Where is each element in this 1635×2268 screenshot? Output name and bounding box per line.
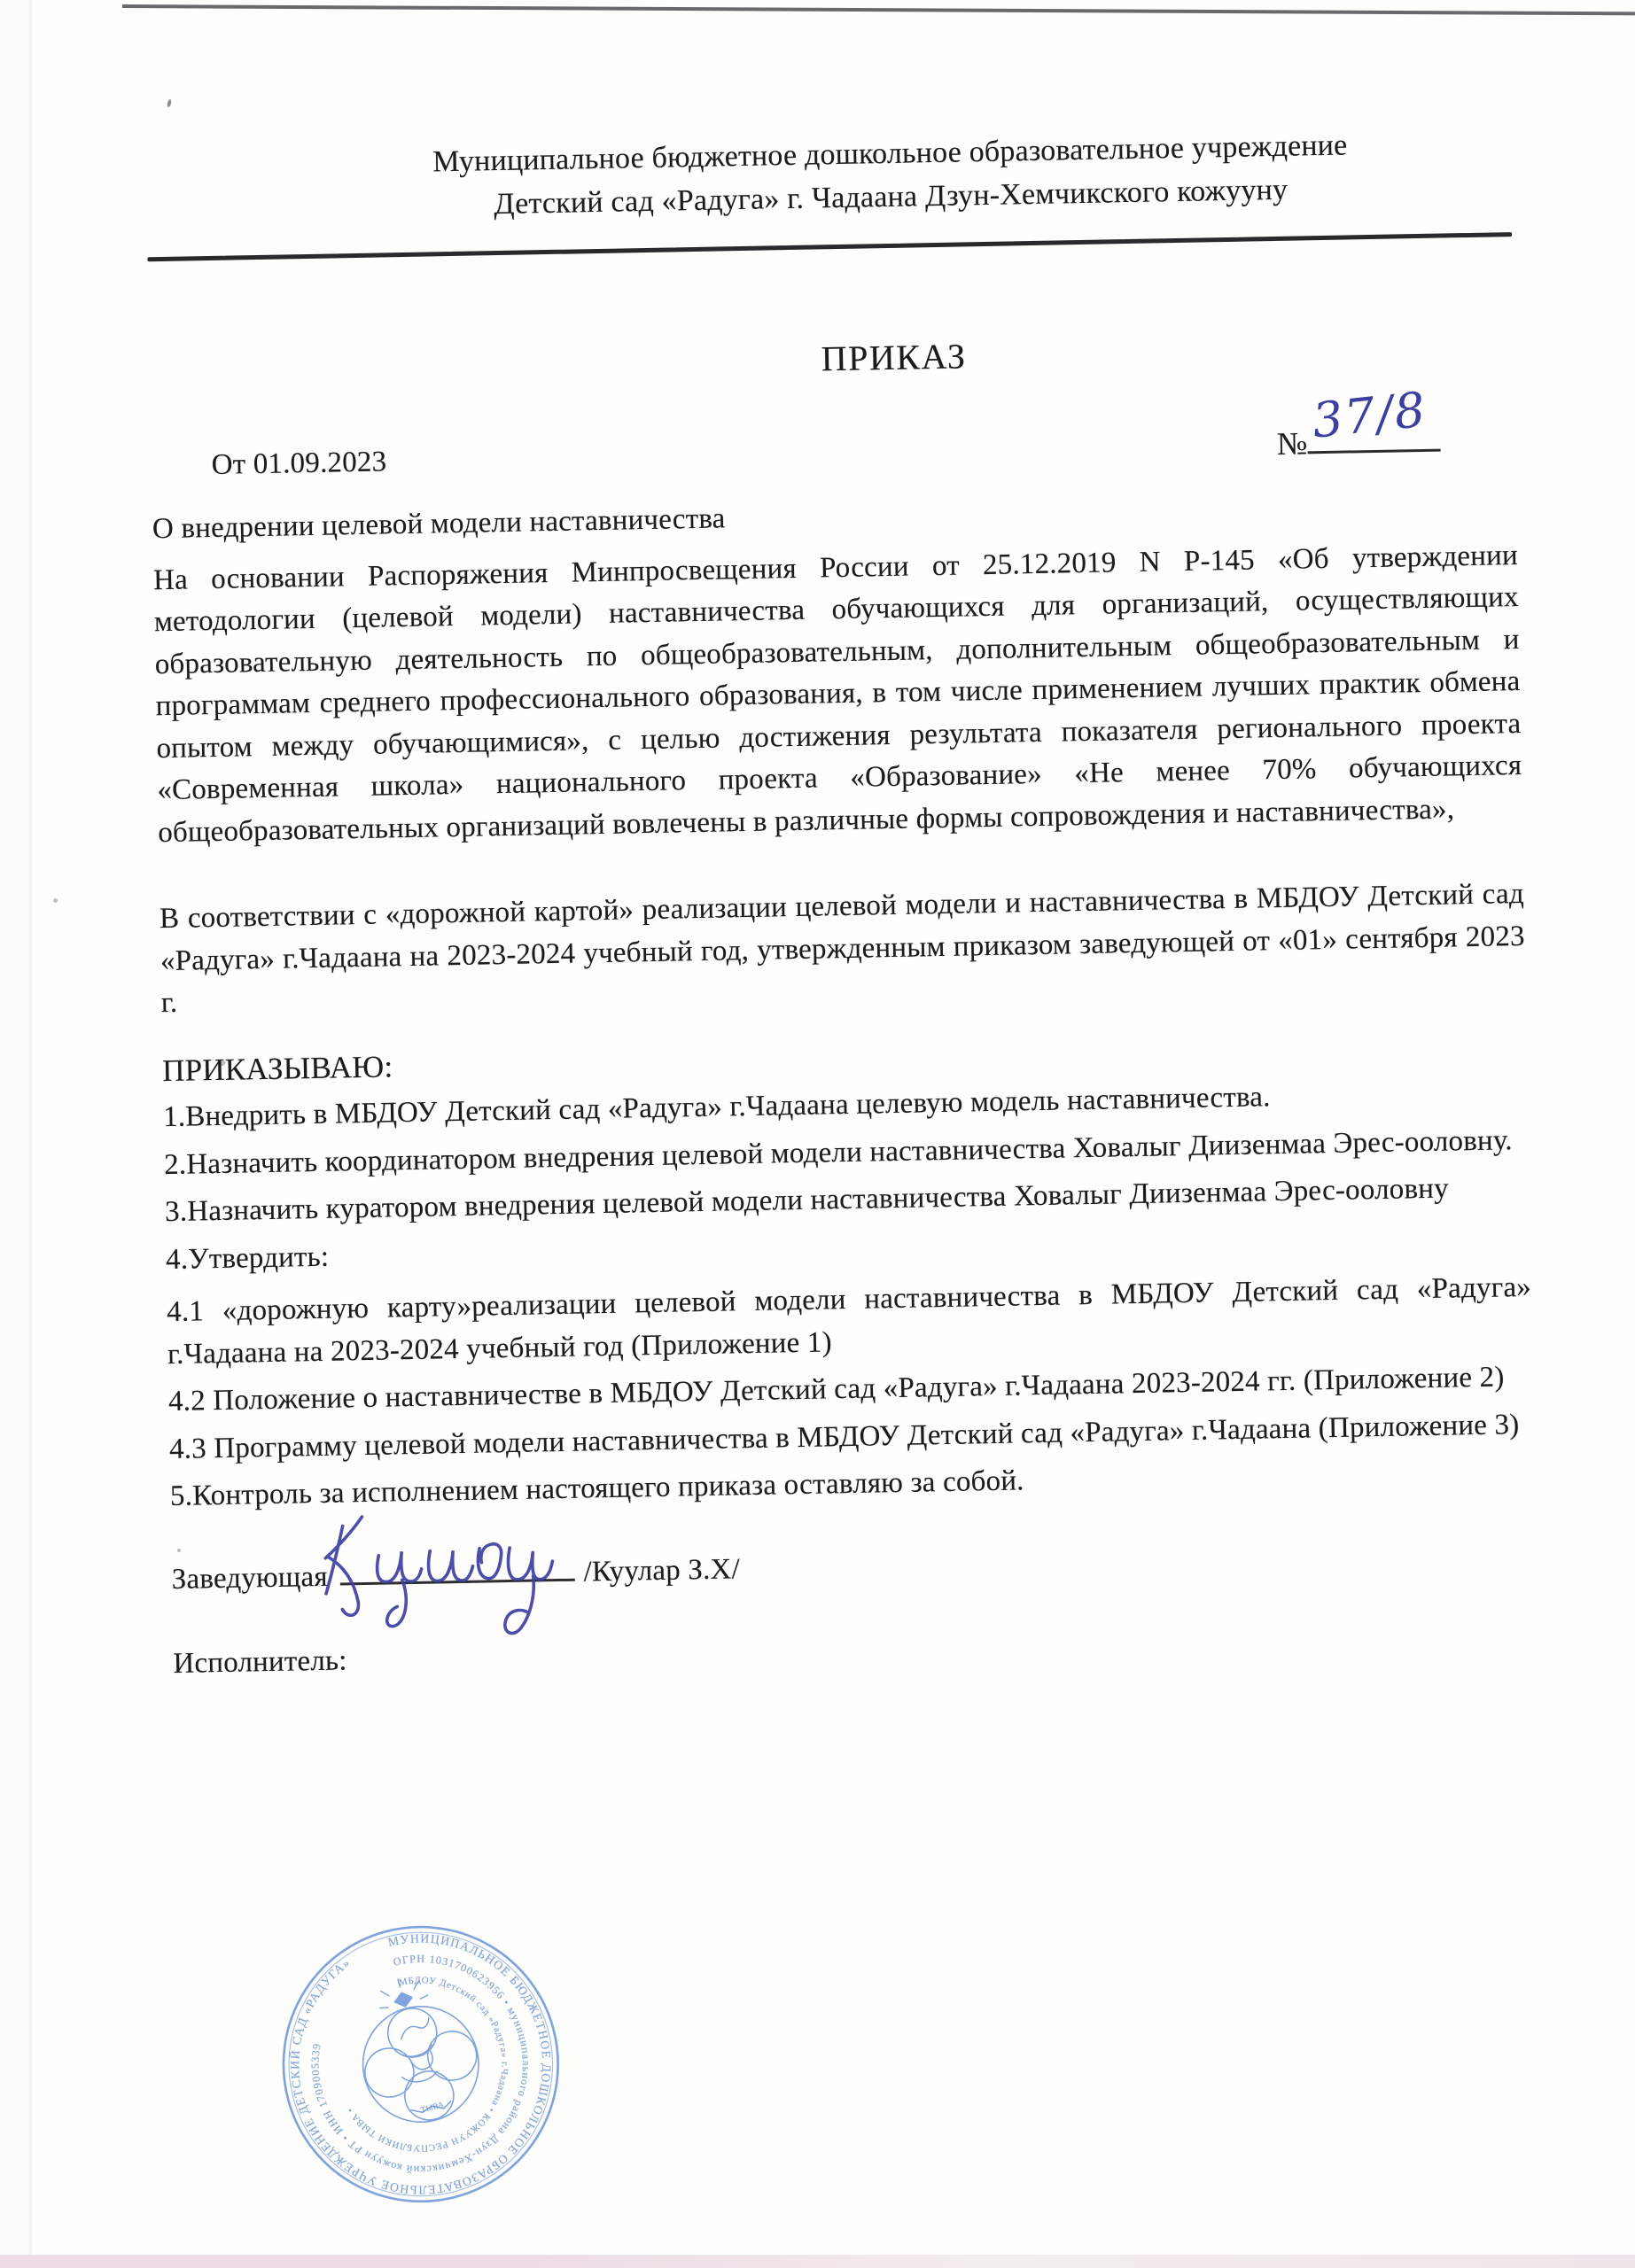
stamp-center-text: ТЫВА xyxy=(420,2100,445,2115)
scan-speck xyxy=(53,898,58,903)
header-divider-rule xyxy=(147,232,1512,261)
signature-blank-line xyxy=(339,1546,575,1585)
meta-row: От 01.09.2023 № 37/8 xyxy=(151,412,1516,488)
order-number-group: № 37/8 xyxy=(1276,413,1441,465)
preamble-paragraph-2: В соответствии с «дорожной картой» реали… xyxy=(160,874,1526,1025)
stamp-ring-middle-text: ОГРН 1031700623956 • муниципального райо… xyxy=(284,1927,557,2201)
handwritten-order-number: 37/8 xyxy=(1310,385,1429,445)
number-blank-line: 37/8 xyxy=(1307,413,1441,454)
svg-text:ОГРН 1031700623956 • муниципал: ОГРН 1031700623956 • муниципального райо… xyxy=(284,1927,557,2201)
official-round-stamp: МУНИЦИПАЛЬНОЕ БЮДЖЕТНОЕ ДОШКОЛЬНОЕ ОБРАЗ… xyxy=(274,1917,568,2211)
order-date: От 01.09.2023 xyxy=(211,441,386,486)
scan-paper-bottom-shadow xyxy=(0,2255,1635,2268)
scan-speck xyxy=(167,99,172,108)
scanned-order-document: Муниципальное бюджетное дошкольное образ… xyxy=(145,120,1538,1685)
number-sign: № xyxy=(1276,423,1307,465)
preamble-paragraph-1: На основании Распоряжения Минпросвещения… xyxy=(153,535,1523,855)
executor-label: Исполнитель: xyxy=(173,1619,1538,1686)
scan-paper-top-edge xyxy=(122,4,1635,15)
scan-paper-left-edge xyxy=(0,0,32,2268)
signer-role: Заведующая xyxy=(171,1556,328,1601)
organization-header: Муниципальное бюджетное дошкольное образ… xyxy=(145,120,1512,232)
signer-name: /Куулар З.Х/ xyxy=(583,1549,740,1594)
signature-row: Заведующая /Куулар З.Х/ xyxy=(171,1528,1537,1601)
document-title: ПРИКАЗ xyxy=(149,325,1514,392)
